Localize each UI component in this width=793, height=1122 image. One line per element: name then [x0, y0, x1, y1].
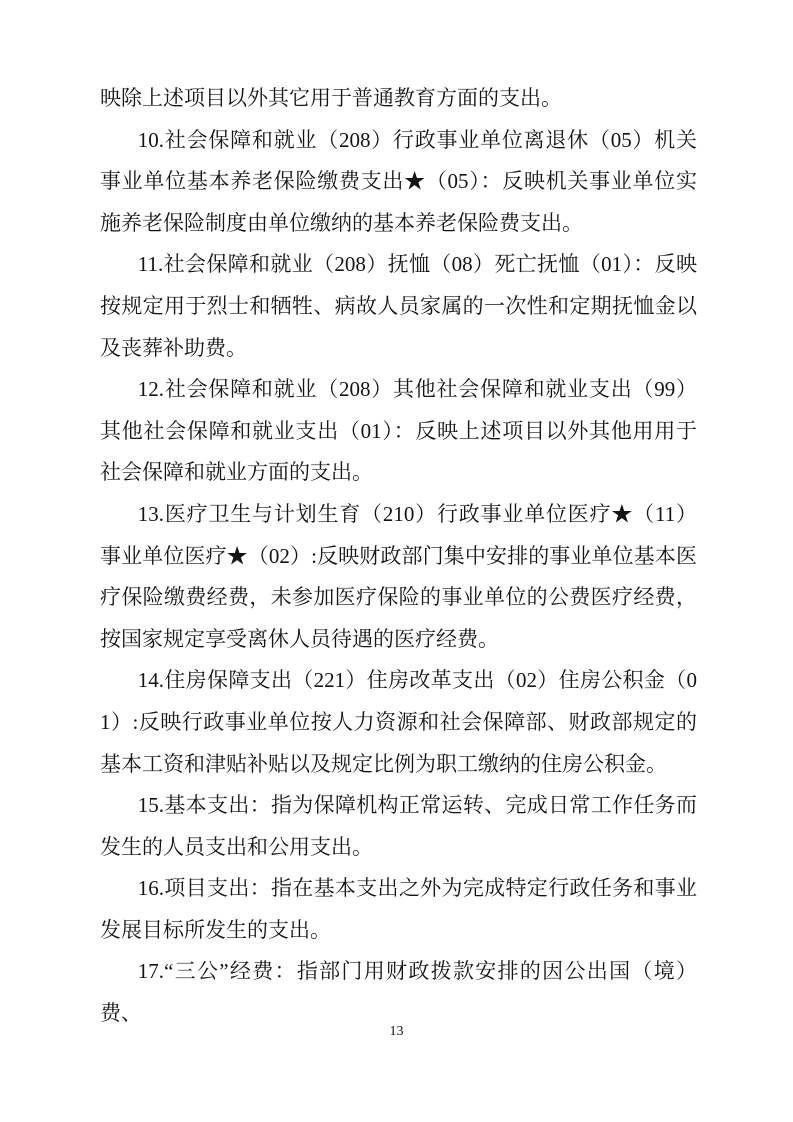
definition-item-16: 16.项目支出：指在基本支出之外为完成特定行政任务和事业发展目标所发生的支出。: [100, 868, 697, 951]
definition-item-13: 13.医疗卫生与计划生育（210）行政事业单位医疗★（11）事业单位医疗★（02…: [100, 494, 697, 660]
definition-item-14: 14.住房保障支出（221）住房改革支出（02）住房公积金（01）:反映行政事业…: [100, 660, 697, 785]
definition-item-12: 12.社会保障和就业（208）其他社会保障和就业支出（99）其他社会保障和就业支…: [100, 369, 697, 494]
definition-item-10: 10.社会保障和就业（208）行政事业单位离退休（05）机关事业单位基本养老保险…: [100, 120, 697, 245]
definition-item-15: 15.基本支出：指为保障机构正常运转、完成日常工作任务而发生的人员支出和公用支出…: [100, 785, 697, 868]
document-page: 映除上述项目以外其它用于普通教育方面的支出。 10.社会保障和就业（208）行政…: [0, 0, 793, 1122]
page-number: 13: [390, 1024, 404, 1039]
paragraph-continuation: 映除上述项目以外其它用于普通教育方面的支出。: [100, 78, 697, 120]
definition-item-11: 11.社会保障和就业（208）抚恤（08）死亡抚恤（01）：反映按规定用于烈士和…: [100, 244, 697, 369]
page-footer: 13: [0, 1022, 793, 1040]
document-body: 映除上述项目以外其它用于普通教育方面的支出。 10.社会保障和就业（208）行政…: [0, 0, 793, 1035]
